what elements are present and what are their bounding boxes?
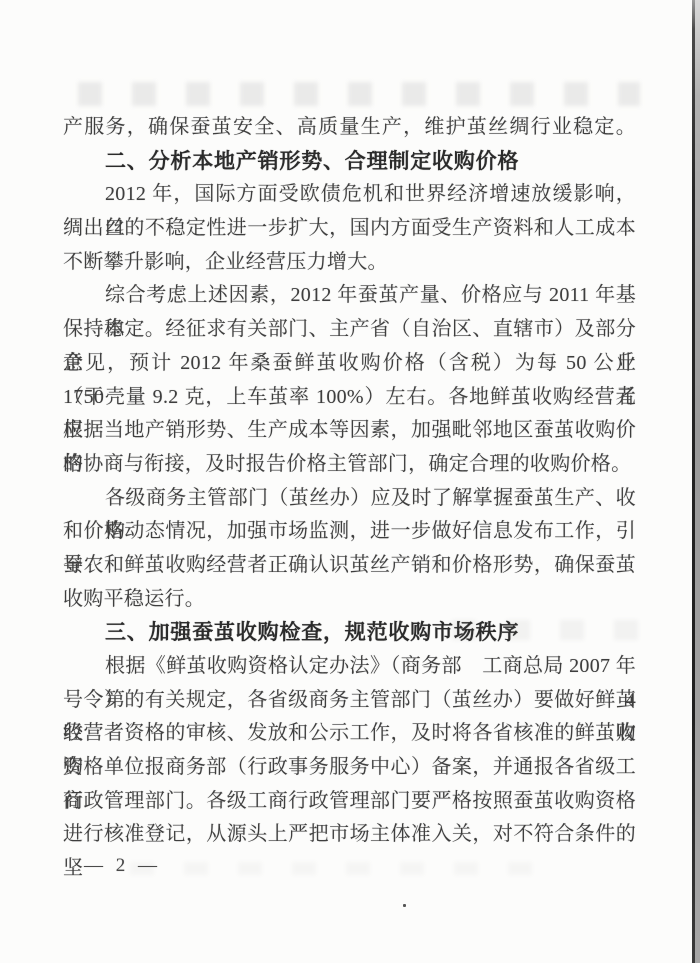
- text-line: 号令）的有关规定，各省级商务主管部门（茧丝办）要做好鲜茧收购: [63, 684, 636, 718]
- text-line: 资格单位报商务部（行政事务服务中心）备案，并通报各省级工商: [63, 751, 636, 785]
- scan-edge-light-strip: [695, 0, 700, 963]
- text-line: 三、加强蚕茧收购检查，规范收购市场秩序: [63, 616, 636, 650]
- bleedthrough-artifact-top: [78, 82, 640, 106]
- text-line: 和价格动态情况，加强市场监测，进一步做好信息发布工作，引导: [63, 515, 636, 549]
- ink-speck: [403, 904, 406, 907]
- text-line: 收购平稳运行。: [63, 583, 636, 617]
- text-line: 二、分析本地产销形势、合理制定收购价格: [63, 145, 636, 179]
- text-line: 各级商务主管部门（茧丝办）应及时了解掌握蚕茧生产、收购: [63, 482, 636, 516]
- text-line: 综合考虑上述因素，2012 年蚕茧产量、价格应与 2011 年基本: [63, 279, 636, 313]
- bleedthrough-artifact-footer-row: [130, 862, 560, 875]
- text-line: 绸出口的不稳定性进一步扩大，国内方面受生产资料和人工成本: [63, 212, 636, 246]
- page-number: — 2 —: [84, 855, 161, 877]
- text-line: 蚕农和鲜茧收购经营者正确认识茧丝产销和价格形势，确保蚕茧: [63, 549, 636, 583]
- scanned-document-page: 产服务，确保蚕茧安全、高质量生产，维护茧丝绸行业稳定。 二、分析本地产销形势、合…: [0, 0, 700, 963]
- text-line: 进行核准登记，从源头上严把市场主体准入关，对不符合条件的坚: [63, 818, 636, 852]
- text-line: 根据当地产销形势、生产成本等因素，加强毗邻地区蚕茧收购价格: [63, 414, 636, 448]
- text-line: 的协商与衔接，及时报告价格主管部门，确定合理的收购价格。: [63, 448, 636, 482]
- text-line: 行政管理部门。各级工商行政管理部门要严格按照蚕茧收购资格: [63, 785, 636, 819]
- text-line: 不断攀升影响，企业经营压力增大。: [63, 246, 636, 280]
- text-line: （干壳量 9.2 克，上车茧率 100%）左右。各地鲜茧收购经营者应: [63, 381, 636, 415]
- text-line: 意见，预计 2012 年桑蚕鲜茧收购价格（含税）为每 50 公斤 1750 元: [63, 347, 636, 381]
- text-line: 根据《鲜茧收购资格认定办法》（商务部 工商总局 2007 年第 4: [63, 650, 636, 684]
- text-line: 保持稳定。经征求有关部门、主产省（自治区、直辖市）及部分企业: [63, 313, 636, 347]
- text-line: 产服务，确保蚕茧安全、高质量生产，维护茧丝绸行业稳定。: [63, 111, 636, 145]
- document-body: 产服务，确保蚕茧安全、高质量生产，维护茧丝绸行业稳定。 二、分析本地产销形势、合…: [63, 111, 636, 852]
- text-line: 2012 年，国际方面受欧债危机和世界经济增速放缓影响，丝: [63, 178, 636, 212]
- text-line: 经营者资格的审核、发放和公示工作，及时将各省核准的鲜茧收购: [63, 717, 636, 751]
